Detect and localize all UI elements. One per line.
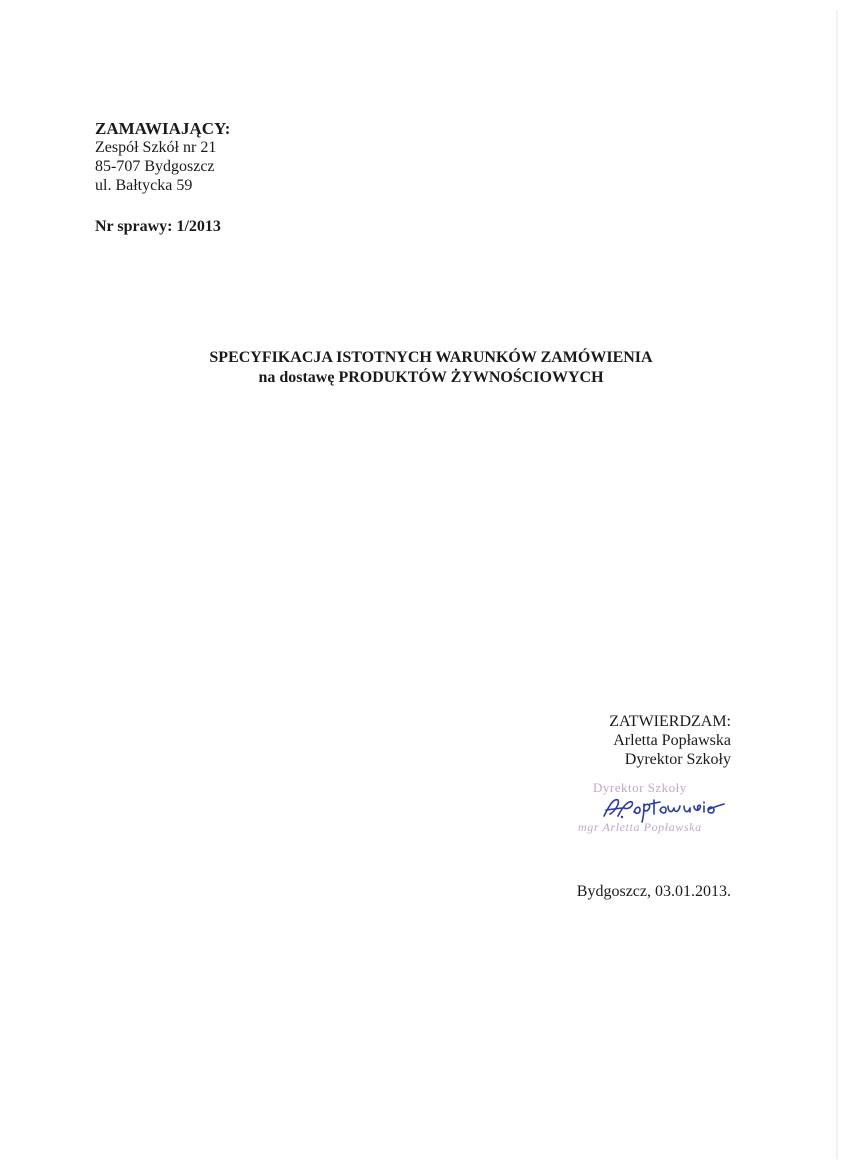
- document-title: SPECYFIKACJA ISTOTNYCH WARUNKÓW ZAMÓWIEN…: [0, 348, 850, 388]
- approval-label: ZATWIERDZAM:: [609, 712, 731, 731]
- title-line-1: SPECYFIKACJA ISTOTNYCH WARUNKÓW ZAMÓWIEN…: [12, 348, 850, 368]
- official-stamp: Dyrektor Szkoły mgr Arletta Popławska: [578, 780, 748, 840]
- case-number: Nr sprawy: 1/2013: [95, 218, 221, 236]
- approver-position: Dyrektor Szkoły: [609, 750, 731, 769]
- approver-name: Arletta Popławska: [609, 731, 731, 750]
- authority-name: Zespół Szkół nr 21: [95, 138, 230, 157]
- place-and-date: Bydgoszcz, 03.01.2013.: [577, 883, 731, 901]
- authority-postal-city: 85-707 Bydgoszcz: [95, 157, 230, 176]
- contracting-authority: ZAMAWIAJĄCY: Zespół Szkół nr 21 85-707 B…: [95, 119, 230, 195]
- authority-street: ul. Bałtycka 59: [95, 176, 230, 195]
- signature-icon: [600, 790, 730, 824]
- contracting-authority-label: ZAMAWIAJĄCY:: [95, 119, 230, 138]
- stamp-name: mgr Arletta Popławska: [578, 820, 702, 835]
- approval-block: ZATWIERDZAM: Arletta Popławska Dyrektor …: [609, 712, 731, 769]
- document-page: ZAMAWIAJĄCY: Zespół Szkół nr 21 85-707 B…: [0, 0, 850, 1169]
- scan-edge: [836, 10, 838, 1159]
- title-line-2: na dostawę PRODUKTÓW ŻYWNOŚCIOWYCH: [12, 368, 850, 388]
